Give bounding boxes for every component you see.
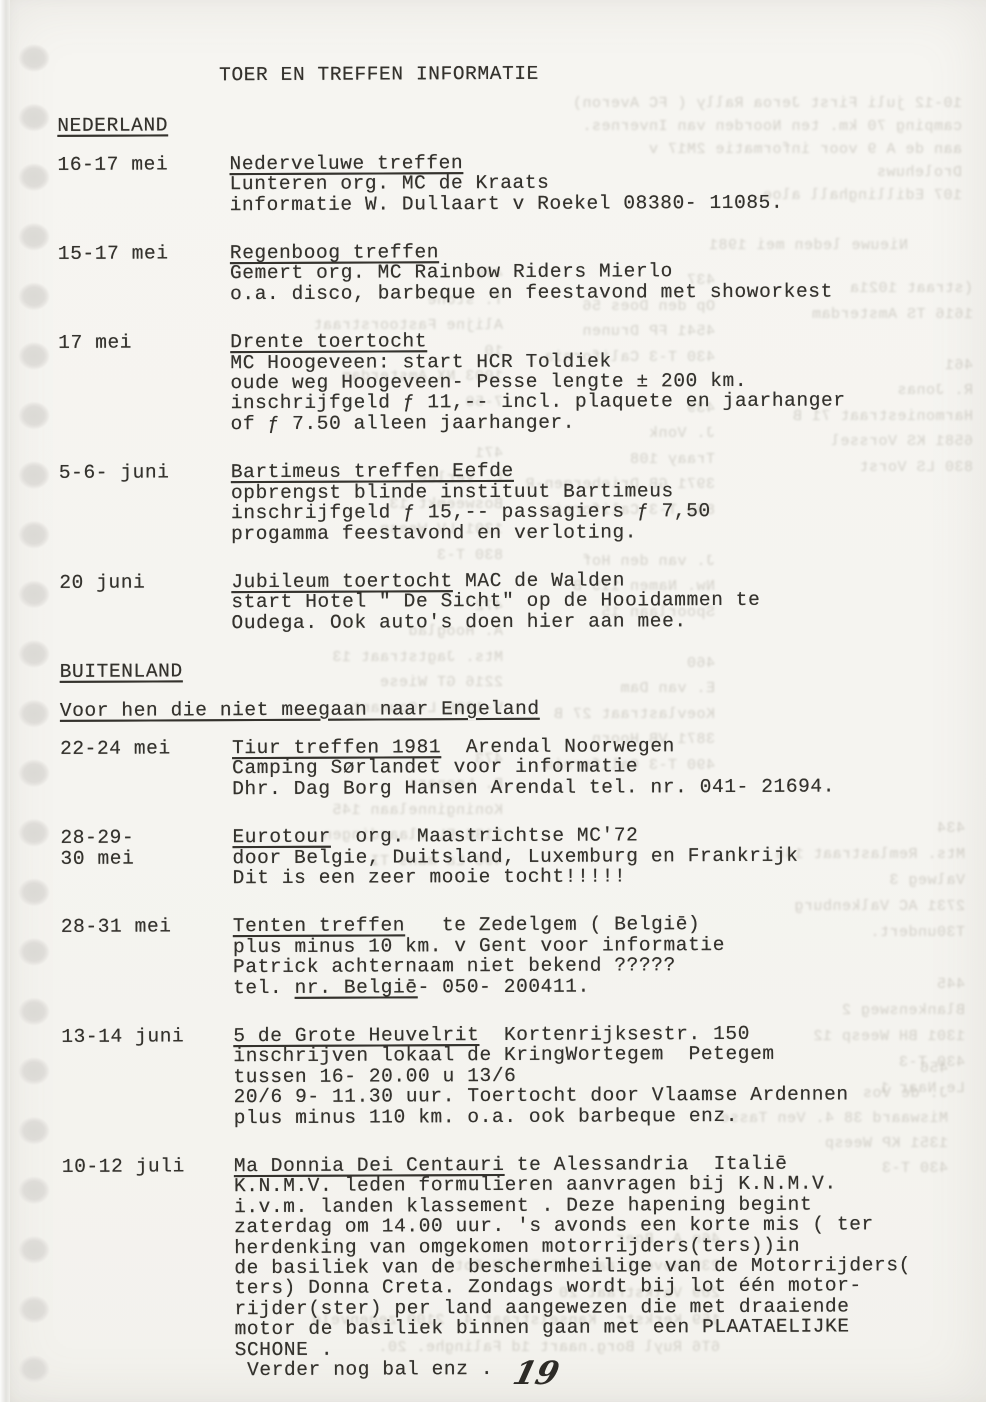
section-heading-label: NEDERLAND — [57, 115, 168, 137]
event-date: 20 juni — [59, 572, 231, 634]
page-number: 19 — [509, 1354, 563, 1392]
event-entry: 20 juniJubileum toertocht MAC de Waldens… — [59, 569, 985, 634]
event-date: 16-17 mei — [57, 154, 229, 216]
event-line: informatie W. Dullaart v Roekel 08380- 1… — [230, 191, 984, 215]
event-text: Dhr. Dag Borg Hansen Arendal tel. nr. 04… — [232, 775, 835, 800]
event-text: plus minus 110 km. o.a. ook barbeque enz… — [234, 1105, 738, 1129]
event-text: tel. — [233, 976, 295, 998]
event-title: nr. Belgiē — [295, 976, 418, 999]
section-heading: NEDERLAND — [57, 112, 983, 136]
section-heading: Voor hen die niet meegaan naar Engeland — [60, 696, 986, 720]
content-items: NEDERLAND16-17 meiNederveluwe treffenLun… — [57, 112, 986, 1381]
event-line: Dit is een zeer mooie tocht!!!!! — [233, 865, 986, 889]
event-date: 17 mei — [58, 332, 230, 435]
event-date: 28-31 mei — [61, 917, 233, 999]
event-entry: 16-17 meiNederveluwe treffenLunteren org… — [57, 151, 983, 216]
event-details: Drente toertochtMC Hoogeveen: start HCR … — [230, 329, 984, 434]
event-details: Jubileum toertocht MAC de Waldenstart Ho… — [231, 569, 985, 634]
event-text: Dit is een zeer mooie tocht!!!!! — [233, 865, 627, 889]
event-date: 10-12 juli — [62, 1156, 235, 1381]
event-line: tel. nr. Belgiē- 050- 200411. — [233, 974, 986, 998]
event-details: Nederveluwe treffenLunteren org. MC de K… — [229, 151, 983, 216]
event-line: progamma feestavond en verloting. — [231, 520, 985, 544]
section-heading: BUITENLAND — [60, 658, 986, 682]
event-details: Ma Donnia Dei Centauri te Alessandria It… — [234, 1153, 986, 1381]
event-details: Regenboog treffenGemert org. MC Rainbow … — [230, 240, 984, 305]
event-title: Drente toertocht — [230, 331, 427, 354]
event-title: Tiur treffen 1981 — [232, 736, 441, 759]
event-details: Bartimeus treffen Eefdeopbrengst blinde … — [231, 459, 985, 544]
event-entry: 10-12 juliMa Donnia Dei Centauri te Ales… — [62, 1153, 986, 1382]
section-heading-label: Voor hen die niet meegaan naar Engeland — [60, 697, 540, 721]
event-date: 13-14 juni — [61, 1026, 233, 1129]
event-title: Tenten treffen — [233, 915, 405, 938]
event-entry: 15-17 meiRegenboog treffenGemert org. MC… — [58, 240, 984, 305]
event-entry: 28-29- 30 meiEurotour org. Maastrichtse … — [60, 824, 986, 889]
event-entry: 28-31 meiTenten treffen te Zedelgem ( Be… — [61, 913, 986, 999]
event-entry: 17 meiDrente toertochtMC Hoogeveen: star… — [58, 329, 984, 435]
event-line: of ƒ 7.50 alleen jaarhanger. — [231, 411, 985, 435]
event-line: o.a. disco, barbeque en feestavond met s… — [230, 281, 984, 305]
event-text: Verder nog bal enz . — [235, 1358, 493, 1381]
event-text: - 050- 200411. — [418, 975, 590, 998]
event-details: Tiur treffen 1981 Arendal NoorwegenCampi… — [232, 735, 986, 800]
event-title: Jubileum toertocht — [231, 570, 453, 593]
event-date: 5-6- juni — [59, 462, 231, 544]
document-content: TOER EN TREFFEN INFORMATIE NEDERLAND16-1… — [0, 62, 986, 1402]
event-title: Regenboog treffen — [230, 241, 439, 264]
event-details: 5 de Grote Heuvelrit Kortenrijksestr. 15… — [233, 1023, 986, 1128]
event-line: Oudega. Ook auto's doen hier aan mee. — [231, 610, 985, 634]
event-text: MAC de Walden — [453, 569, 625, 592]
event-text: o.a. disco, barbeque en feestavond met s… — [230, 280, 833, 305]
event-title: Eurotour — [232, 826, 331, 848]
event-text: informatie W. Dullaart v Roekel 08380- 1… — [230, 191, 784, 215]
document-page: 10-12 juli First Jeroa Rally ( FC Averon… — [0, 0, 986, 1402]
event-line: Verder nog bal enz . — [235, 1357, 986, 1381]
event-entry: 22-24 meiTiur treffen 1981 Arendal Noorw… — [60, 735, 986, 800]
document-title: TOER EN TREFFEN INFORMATIE — [219, 62, 983, 86]
event-details: Eurotour org. Maastrichtse MC'72door Bel… — [232, 824, 986, 889]
event-text: Arendal Noorwegen — [441, 735, 675, 758]
event-date: 15-17 mei — [58, 243, 230, 305]
event-entry: 13-14 juni5 de Grote Heuvelrit Kortenrij… — [61, 1023, 986, 1129]
event-text: Patrick achternaam niet bekend ????? — [233, 954, 676, 978]
event-text: progamma feestavond en verloting. — [231, 521, 637, 545]
section-heading-label: BUITENLAND — [60, 660, 183, 683]
event-line: plus minus 110 km. o.a. ook barbeque enz… — [234, 1104, 986, 1128]
event-text: SCHONE . — [235, 1338, 334, 1360]
event-entry: 5-6- juniBartimeus treffen Eefdeopbrengs… — [59, 459, 985, 545]
event-date: 22-24 mei — [60, 738, 232, 800]
event-details: Tenten treffen te Zedelgem ( Belgiē)plus… — [233, 913, 986, 998]
event-date: 28-29- 30 mei — [60, 827, 232, 889]
event-text: Oudega. Ook auto's doen hier aan mee. — [231, 610, 686, 634]
event-text: motor de basiliek binnen gaan met een PL… — [235, 1316, 850, 1341]
event-text: of ƒ 7.50 alleen jaarhanger. — [231, 412, 576, 436]
event-line: Dhr. Dag Borg Hansen Arendal tel. nr. 04… — [232, 776, 986, 800]
